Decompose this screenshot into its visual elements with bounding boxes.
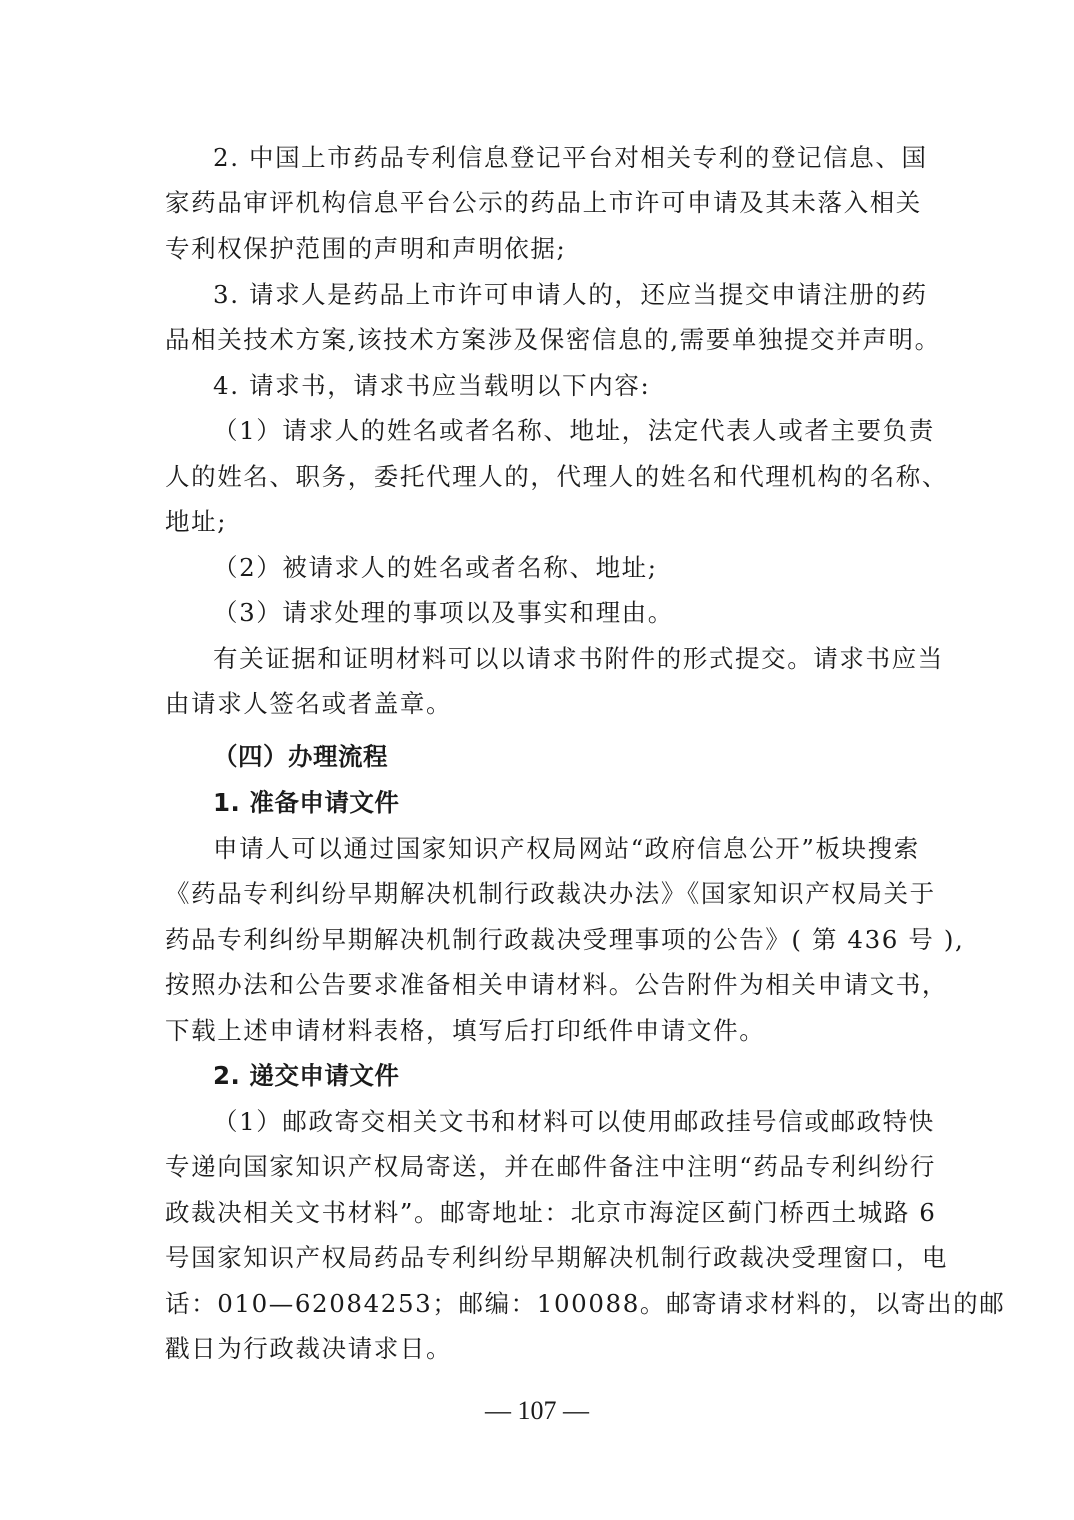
- paragraph-line: 戳日为行政裁决请求日。: [165, 1334, 911, 1364]
- paragraph-line: 《药品专利纠纷早期解决机制行政裁决办法》《国家知识产权局关于: [165, 879, 911, 909]
- paragraph-line: 有关证据和证明材料可以以请求书附件的形式提交。请求书应当: [213, 644, 911, 674]
- paragraph-line: （2）被请求人的姓名或者名称、地址;: [213, 553, 911, 583]
- page-number: — 107 —: [0, 1396, 1074, 1426]
- paragraph-line: 申请人可以通过国家知识产权局网站“政府信息公开”板块搜索: [213, 834, 911, 864]
- paragraph-line: 号国家知识产权局药品专利纠纷早期解决机制行政裁决受理窗口，电: [165, 1243, 911, 1273]
- paragraph-line: 专利权保护范围的声明和声明依据;: [165, 234, 911, 264]
- paragraph-line: 药品专利纠纷早期解决机制行政裁决受理事项的公告》( 第 436 号 ),: [165, 925, 911, 955]
- paragraph-line: （3）请求处理的事项以及事实和理由。: [213, 598, 911, 628]
- paragraph-line: 品相关技术方案,该技术方案涉及保密信息的,需要单独提交并声明。: [165, 325, 911, 355]
- paragraph-line: （1）请求人的姓名或者名称、地址，法定代表人或者主要负责: [213, 416, 911, 446]
- subsection-heading: 1. 准备申请文件: [213, 788, 911, 818]
- paragraph-line: 地址;: [165, 507, 911, 537]
- paragraph-line: 按照办法和公告要求准备相关申请材料。公告附件为相关申请文书，: [165, 970, 911, 1000]
- paragraph-line: 下载上述申请材料表格，填写后打印纸件申请文件。: [165, 1016, 911, 1046]
- paragraph-line: 由请求人签名或者盖章。: [165, 689, 911, 719]
- paragraph-line: 话：010—62084253；邮编：100088。邮寄请求材料的，以寄出的邮: [165, 1289, 911, 1319]
- paragraph-line: （1）邮政寄交相关文书和材料可以使用邮政挂号信或邮政特快: [213, 1107, 911, 1137]
- paragraph-line: 政裁决相关文书材料”。邮寄地址：北京市海淀区蓟门桥西土城路 6: [165, 1198, 911, 1228]
- paragraph-line: 3. 请求人是药品上市许可申请人的，还应当提交申请注册的药: [213, 280, 911, 310]
- paragraph-line: 2. 中国上市药品专利信息登记平台对相关专利的登记信息、国: [213, 143, 911, 173]
- document-page: 2. 中国上市药品专利信息登记平台对相关专利的登记信息、国 家药品审评机构信息平…: [0, 0, 1074, 1520]
- paragraph-line: 专递向国家知识产权局寄送，并在邮件备注中注明“药品专利纠纷行: [165, 1152, 911, 1182]
- subsection-heading: 2. 递交申请文件: [213, 1061, 911, 1091]
- paragraph-line: 4. 请求书，请求书应当载明以下内容:: [213, 371, 911, 401]
- paragraph-line: 家药品审评机构信息平台公示的药品上市许可申请及其未落入相关: [165, 188, 911, 218]
- paragraph-line: 人的姓名、职务，委托代理人的，代理人的姓名和代理机构的名称、: [165, 462, 911, 492]
- section-heading: （四）办理流程: [213, 742, 911, 772]
